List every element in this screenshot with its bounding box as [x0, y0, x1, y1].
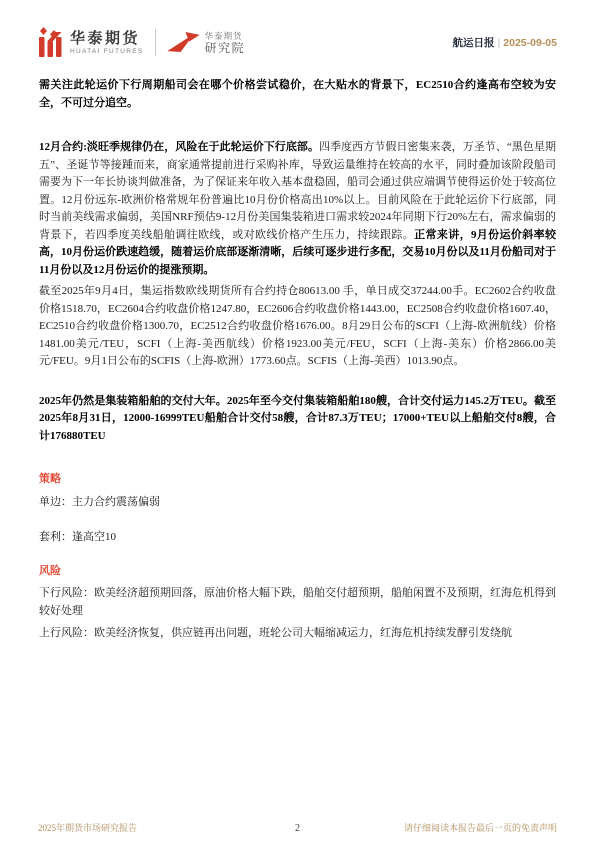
brand-text: 华泰期货 HUATAI FUTURES — [70, 30, 144, 56]
page-footer: 2025年期货市场研究报告 2 请仔细阅读本报告最后一页的免责声明 — [38, 821, 557, 834]
report-body: 需关注此轮运价下行周期船司会在哪个价格尝试稳价，在大贴水的背景下，EC2510合… — [0, 77, 595, 643]
brand-name-en: HUATAI FUTURES — [70, 47, 144, 56]
strategy-arbitrage: 套利：逢高空10 — [39, 529, 556, 547]
risk-heading: 风险 — [39, 563, 556, 581]
research-logo-icon — [167, 32, 200, 53]
brand-block: 华泰期货 HUATAI FUTURES 华泰期货 研究院 — [38, 27, 245, 58]
report-type-label: 航运日报 — [453, 37, 495, 49]
risk-upside: 上行风险：欧美经济恢复，供应链再出问题，班轮公司大幅缩减运力，红海危机持续发酵引… — [39, 625, 556, 643]
strategy-heading: 策略 — [39, 471, 556, 489]
market-data-paragraph: 截至2025年9月4日，集运指数欧线期货所有合约持仓80613.00 手，单日成… — [39, 283, 556, 371]
summary-paragraph: 需关注此轮运价下行周期船司会在哪个价格尝试稳价，在大贴水的背景下，EC2510合… — [39, 77, 556, 112]
research-name-line2: 研究院 — [205, 41, 246, 55]
december-contract-paragraph: 12月合约:淡旺季规律仍在，风险在于此轮运价下行底部。四季度西方节假日密集来袭，… — [39, 139, 556, 279]
research-name-line1: 华泰期货 — [205, 31, 246, 41]
strategy-unilateral: 单边：主力合约震荡偏弱 — [39, 494, 556, 512]
footer-disclaimer: 请仔细阅读本报告最后一页的免责声明 — [300, 821, 557, 834]
report-page: 华泰期货 HUATAI FUTURES 华泰期货 研究院 航运日报|2025-0… — [0, 0, 595, 841]
footer-report-title: 2025年期货市场研究报告 — [38, 821, 295, 834]
report-meta: 航运日报|2025-09-05 — [453, 35, 557, 50]
brand-divider — [155, 29, 156, 56]
huatai-logo-icon — [38, 27, 63, 58]
risk-downside: 下行风险：欧美经济超预期回落，原油价格大幅下跌，船舶交付超预期，船舶闲置不及预期… — [39, 585, 556, 620]
brand-name: 华泰期货 — [70, 30, 144, 47]
report-date: 2025-09-05 — [503, 37, 557, 49]
research-institute-name: 华泰期货 研究院 — [205, 31, 246, 55]
december-contract-lead: 12月合约:淡旺季规律仍在，风险在于此轮运价下行底部。 — [39, 141, 319, 153]
meta-separator: | — [495, 37, 504, 49]
page-header: 华泰期货 HUATAI FUTURES 华泰期货 研究院 航运日报|2025-0… — [0, 0, 595, 58]
december-contract-analysis: 四季度西方节假日密集来袭，万圣节、“黑色星期五”、圣诞节等接踵而来，商家通常提前… — [39, 141, 556, 241]
vessel-delivery-paragraph: 2025年仍然是集装箱船舶的交付大年。2025年至今交付集装箱船舶180艘，合计… — [39, 393, 556, 446]
